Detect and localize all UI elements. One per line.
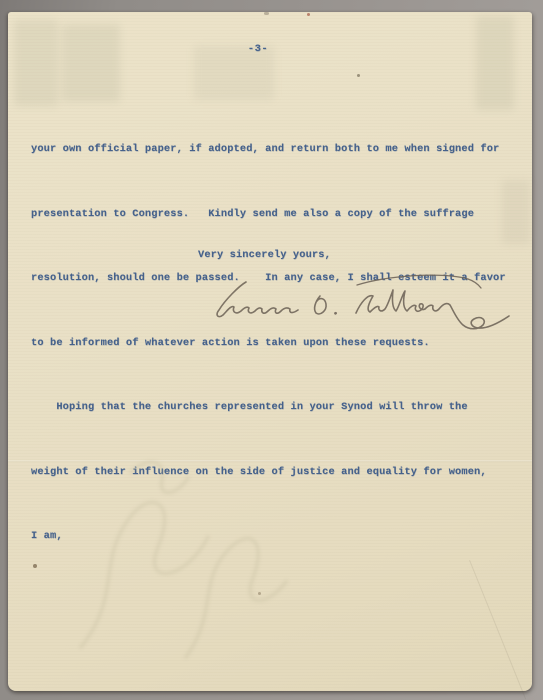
closing-line: Very sincerely yours, bbox=[198, 249, 331, 261]
photo-matte-background: -3- your own official paper, if adopted,… bbox=[0, 0, 543, 700]
paper-speck bbox=[264, 12, 269, 15]
text-line: Hoping that the churches represented in … bbox=[31, 397, 506, 419]
letter-page: -3- your own official paper, if adopted,… bbox=[8, 12, 532, 691]
paper-speck bbox=[357, 74, 360, 77]
bleedthrough-patch bbox=[502, 180, 530, 244]
paper-speck bbox=[33, 564, 37, 568]
signature-susan-b-anthony bbox=[210, 270, 522, 336]
page-number: -3- bbox=[0, 43, 520, 55]
text-line: presentation to Congress. Kindly send me… bbox=[31, 204, 506, 226]
bleedthrough-patch bbox=[14, 20, 58, 106]
text-line: your own official paper, if adopted, and… bbox=[31, 139, 506, 161]
paper-speck bbox=[258, 592, 261, 595]
paper-speck bbox=[307, 13, 310, 16]
bleedthrough-patch bbox=[62, 24, 120, 102]
bleedthrough-handwriting bbox=[36, 432, 336, 672]
